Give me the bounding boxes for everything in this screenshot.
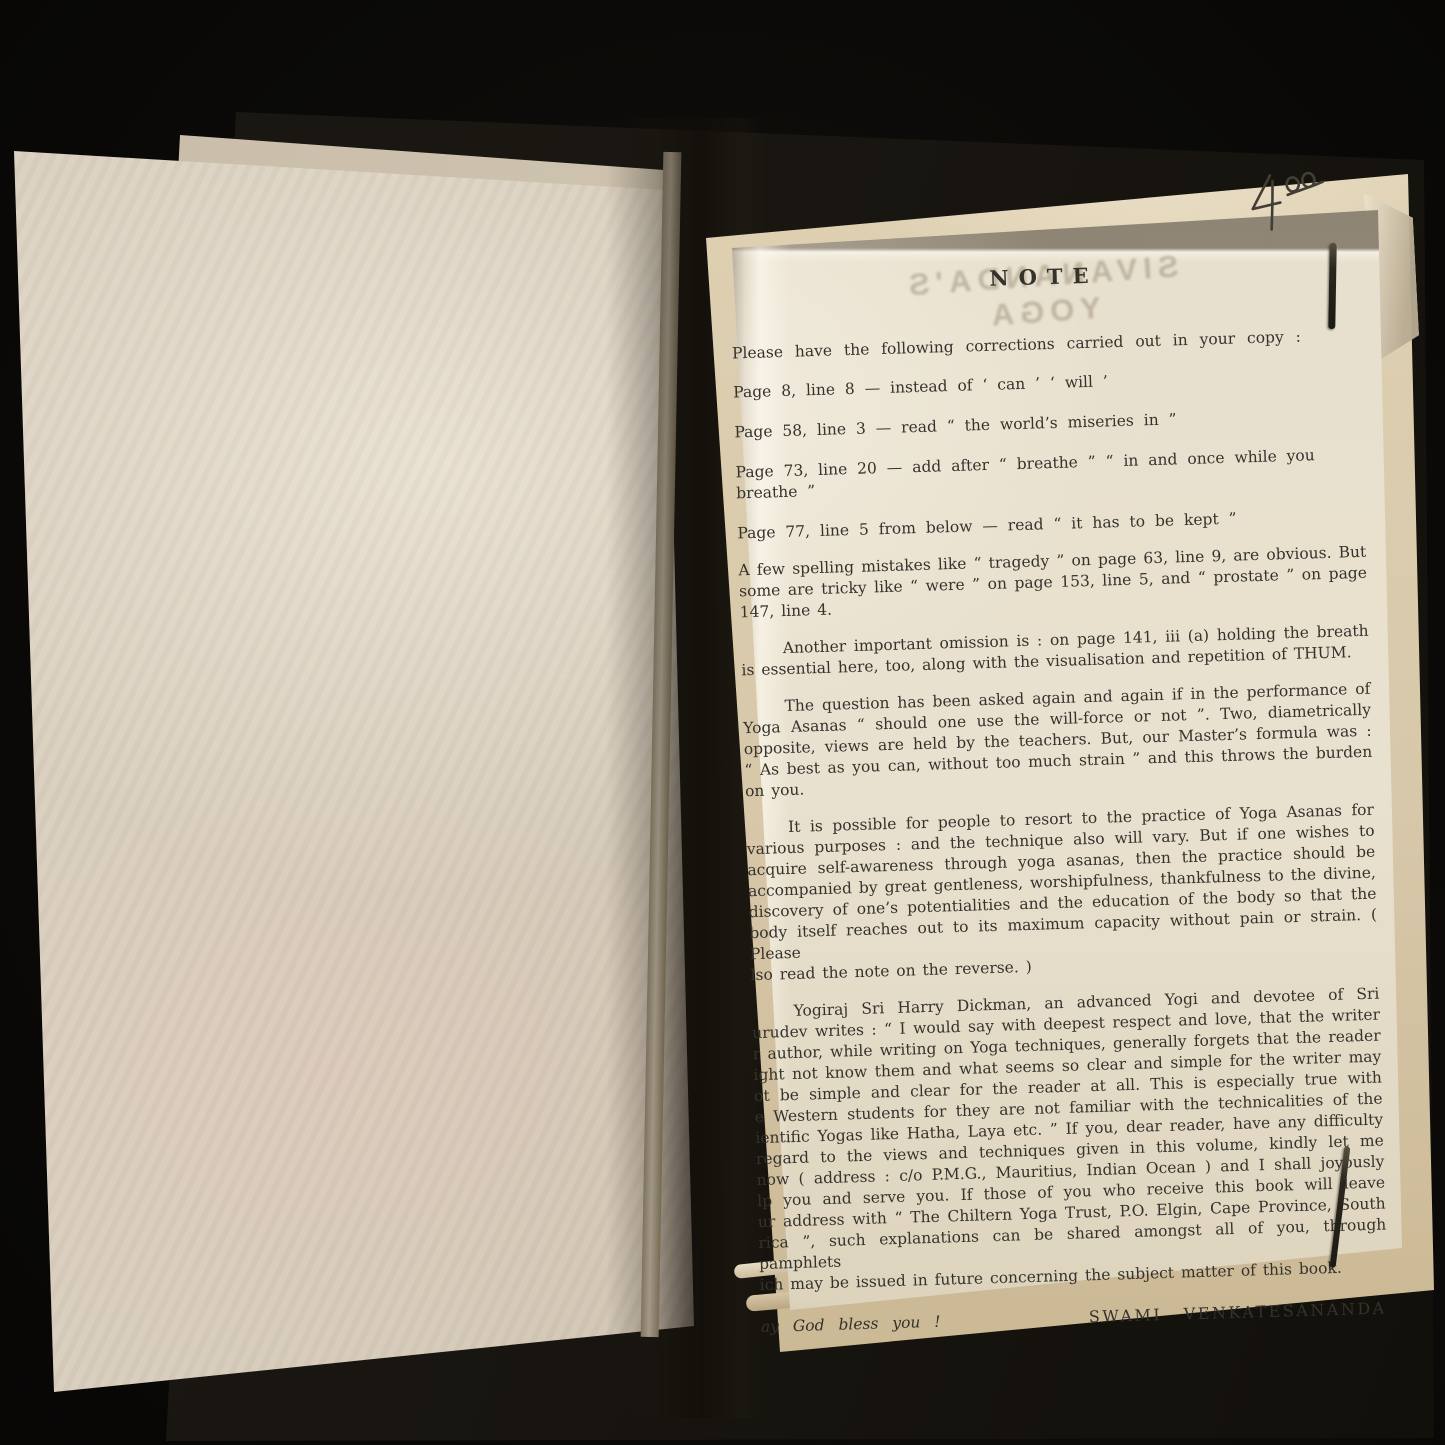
note-intro: Please have the following corrections ca… bbox=[732, 325, 1360, 365]
paragraph: It is possible for people to resort to t… bbox=[746, 800, 1379, 987]
paragraph: A few spelling mistakes like “ tragedy ”… bbox=[738, 542, 1368, 624]
note-title: NOTE bbox=[730, 255, 1358, 300]
paragraphs: A few spelling mistakes like “ tragedy ”… bbox=[738, 542, 1388, 1296]
correction-line: Page 58, line 3 — read “ the world’s mis… bbox=[734, 404, 1362, 444]
price-handwriting bbox=[1239, 161, 1356, 235]
paragraph: Another important omission is : on page … bbox=[741, 621, 1370, 682]
correction-line: Page 77, line 5 from below — read “ it h… bbox=[737, 505, 1365, 545]
corrections-list: Page 8, line 8 — instead of ‘ can ’ ‘ wi… bbox=[733, 364, 1366, 545]
price-annotation bbox=[1239, 161, 1356, 235]
correction-line: Page 8, line 8 — instead of ‘ can ’ ‘ wi… bbox=[733, 364, 1361, 404]
correction-line: Page 73, line 20 — add after “ breathe ”… bbox=[735, 444, 1364, 505]
book-photo: SIVANANDA'S YOGA NOTE Please have the fo… bbox=[0, 0, 1445, 1445]
paragraph: Yogiraj Sri Harry Dickman, an advanced Y… bbox=[751, 984, 1387, 1297]
paragraph: The question has been asked again and ag… bbox=[742, 679, 1373, 803]
staple-top bbox=[1328, 243, 1336, 329]
note-text: NOTE Please have the following correctio… bbox=[729, 243, 1389, 1338]
